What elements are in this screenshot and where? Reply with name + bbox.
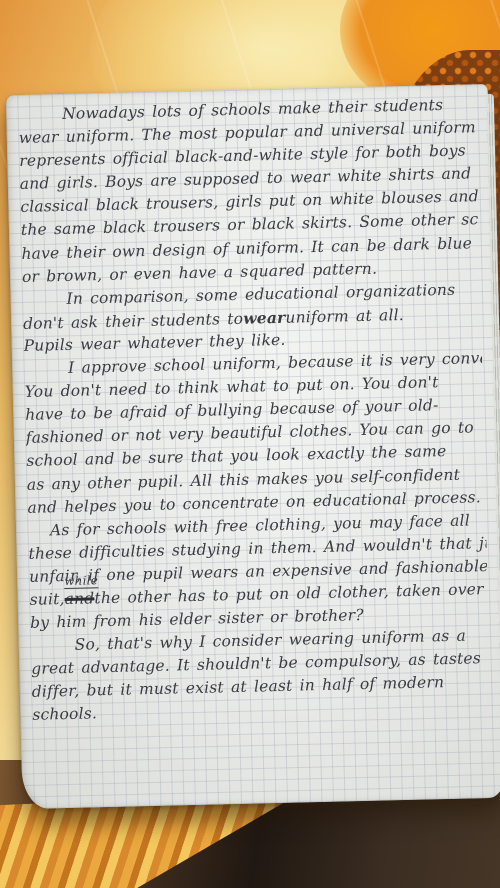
text-segment: suit, [29, 590, 64, 609]
photo-of-handwritten-essay: Nowadays lots of schools make their stud… [0, 0, 500, 888]
handwritten-text: Nowadays lots of schools make their stud… [18, 93, 492, 801]
struck-word: and [64, 589, 94, 608]
text-segment: don't ask their students to [23, 310, 244, 333]
notebook-page: Nowadays lots of schools make their stud… [6, 84, 500, 809]
text-segment: uniform at all. [285, 306, 404, 327]
text-segment: wear [243, 308, 286, 328]
inserted-word: while [64, 574, 98, 589]
